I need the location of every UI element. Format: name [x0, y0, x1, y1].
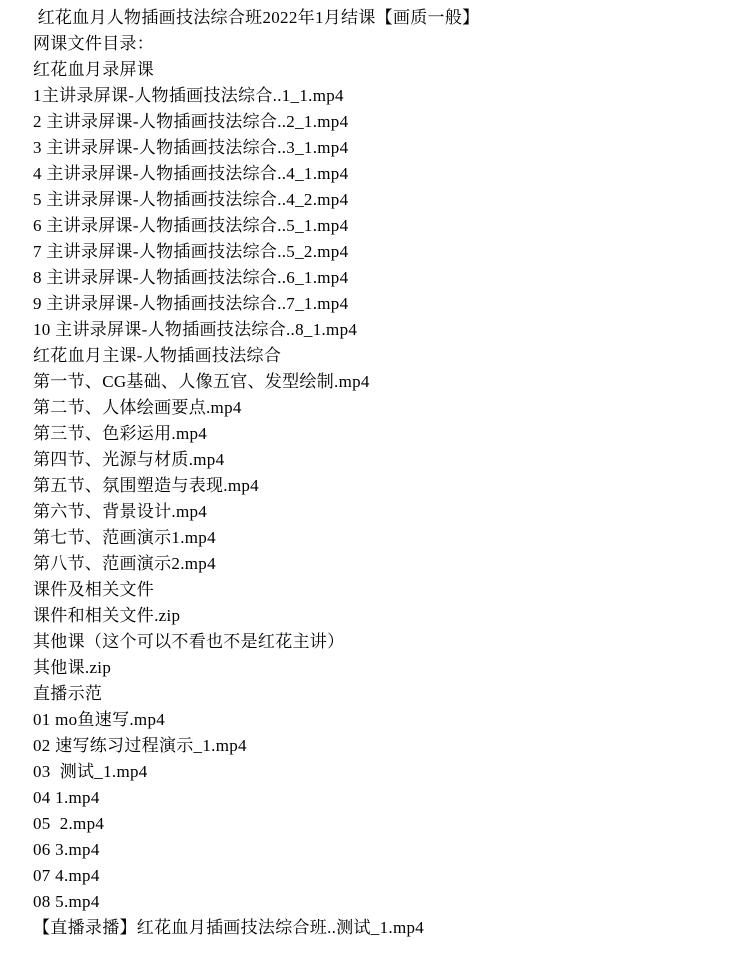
document-line: 02 速写练习过程演示_1.mp4: [33, 733, 740, 759]
document-line: 第六节、背景设计.mp4: [33, 499, 740, 525]
document-line: 2 主讲录屏课-人物插画技法综合..2_1.mp4: [33, 109, 740, 135]
document-line: 8 主讲录屏课-人物插画技法综合..6_1.mp4: [33, 265, 740, 291]
document-line: 第四节、光源与材质.mp4: [33, 447, 740, 473]
document-line: 05 2.mp4: [33, 811, 740, 837]
document-line: 其他课.zip: [33, 655, 740, 681]
document-line: 01 mo鱼速写.mp4: [33, 707, 740, 733]
page: 红花血月人物插画技法综合班2022年1月结课【画质一般】网课文件目录：红花血月录…: [0, 0, 750, 972]
document-line: 直播示范: [33, 681, 740, 707]
document-line: 红花血月人物插画技法综合班2022年1月结课【画质一般】: [33, 5, 740, 31]
document-line: 第三节、色彩运用.mp4: [33, 421, 740, 447]
document-line: 06 3.mp4: [33, 837, 740, 863]
document-line: 9 主讲录屏课-人物插画技法综合..7_1.mp4: [33, 291, 740, 317]
document-line: 08 5.mp4: [33, 889, 740, 915]
document-line: 第五节、氛围塑造与表现.mp4: [33, 473, 740, 499]
document-line: 7 主讲录屏课-人物插画技法综合..5_2.mp4: [33, 239, 740, 265]
document-line: 5 主讲录屏课-人物插画技法综合..4_2.mp4: [33, 187, 740, 213]
document-line: 第二节、人体绘画要点.mp4: [33, 395, 740, 421]
document-line: 04 1.mp4: [33, 785, 740, 811]
document-line: 1主讲录屏课-人物插画技法综合..1_1.mp4: [33, 83, 740, 109]
course-file-directory: 红花血月人物插画技法综合班2022年1月结课【画质一般】网课文件目录：红花血月录…: [0, 0, 750, 941]
document-line: 红花血月录屏课: [33, 57, 740, 83]
document-line: 网课文件目录：: [33, 31, 740, 57]
document-line: 课件和相关文件.zip: [33, 603, 740, 629]
document-line: 红花血月主课-人物插画技法综合: [33, 343, 740, 369]
document-line: 4 主讲录屏课-人物插画技法综合..4_1.mp4: [33, 161, 740, 187]
document-line: 第八节、范画演示2.mp4: [33, 551, 740, 577]
document-line: 6 主讲录屏课-人物插画技法综合..5_1.mp4: [33, 213, 740, 239]
document-line: 03 测试_1.mp4: [33, 759, 740, 785]
document-line: 其他课（这个可以不看也不是红花主讲）: [33, 629, 740, 655]
document-line: 【直播录播】红花血月插画技法综合班..测试_1.mp4: [33, 915, 740, 941]
document-line: 第一节、CG基础、人像五官、发型绘制.mp4: [33, 369, 740, 395]
document-line: 课件及相关文件: [33, 577, 740, 603]
document-line: 3 主讲录屏课-人物插画技法综合..3_1.mp4: [33, 135, 740, 161]
document-line: 第七节、范画演示1.mp4: [33, 525, 740, 551]
document-line: 07 4.mp4: [33, 863, 740, 889]
document-line: 10 主讲录屏课-人物插画技法综合..8_1.mp4: [33, 317, 740, 343]
